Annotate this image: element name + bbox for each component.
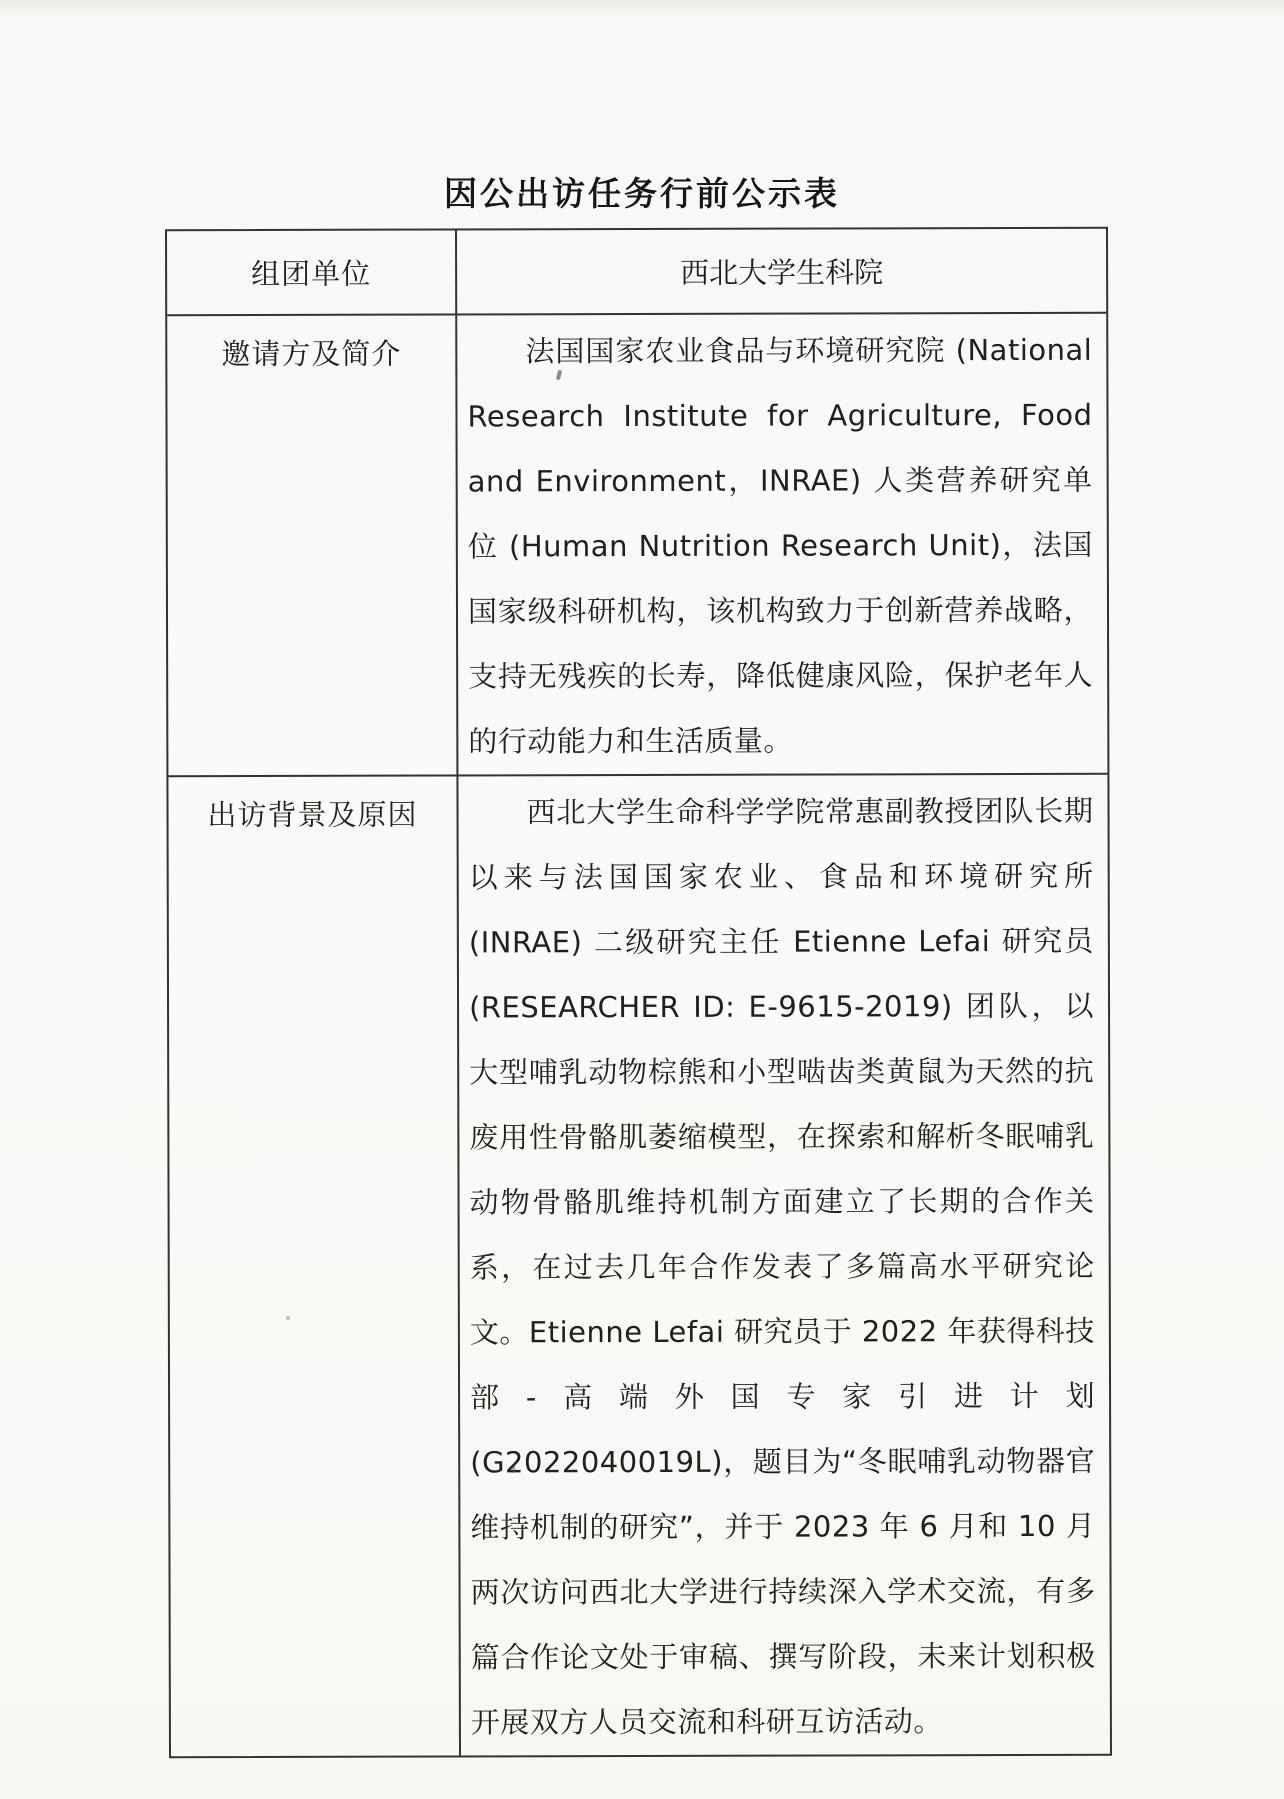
- page-title: 因公出访任务行前公示表: [0, 168, 1284, 215]
- scan-speck: [286, 1316, 290, 1320]
- row-label-group-unit: 组团单位: [167, 230, 457, 314]
- table-row-background: 出访背景及原因 西北大学生命科学学院常惠副教授团队长期以来与法国国家农业、食品和…: [168, 773, 1110, 1756]
- row-content-inviter: 法国国家农业食品与环境研究院 (National Research Instit…: [457, 314, 1107, 775]
- row-content-group-unit: 西北大学生科院: [457, 229, 1106, 314]
- row-label-inviter: 邀请方及简介: [167, 315, 458, 775]
- row-label-background: 出访背景及原因: [168, 776, 461, 1756]
- table-row-group-unit: 组团单位 西北大学生科院: [167, 229, 1106, 314]
- scanned-document-page: 因公出访任务行前公示表 组团单位 西北大学生科院 邀请方及简介 法国国家农业食品…: [0, 0, 1284, 1799]
- notice-table: 组团单位 西北大学生科院 邀请方及简介 法国国家农业食品与环境研究院 (Nati…: [165, 227, 1112, 1758]
- row-content-background: 西北大学生命科学学院常惠副教授团队长期以来与法国国家农业、食品和环境研究所 (I…: [458, 775, 1110, 1756]
- table-row-inviter: 邀请方及简介 法国国家农业食品与环境研究院 (National Research…: [167, 312, 1107, 775]
